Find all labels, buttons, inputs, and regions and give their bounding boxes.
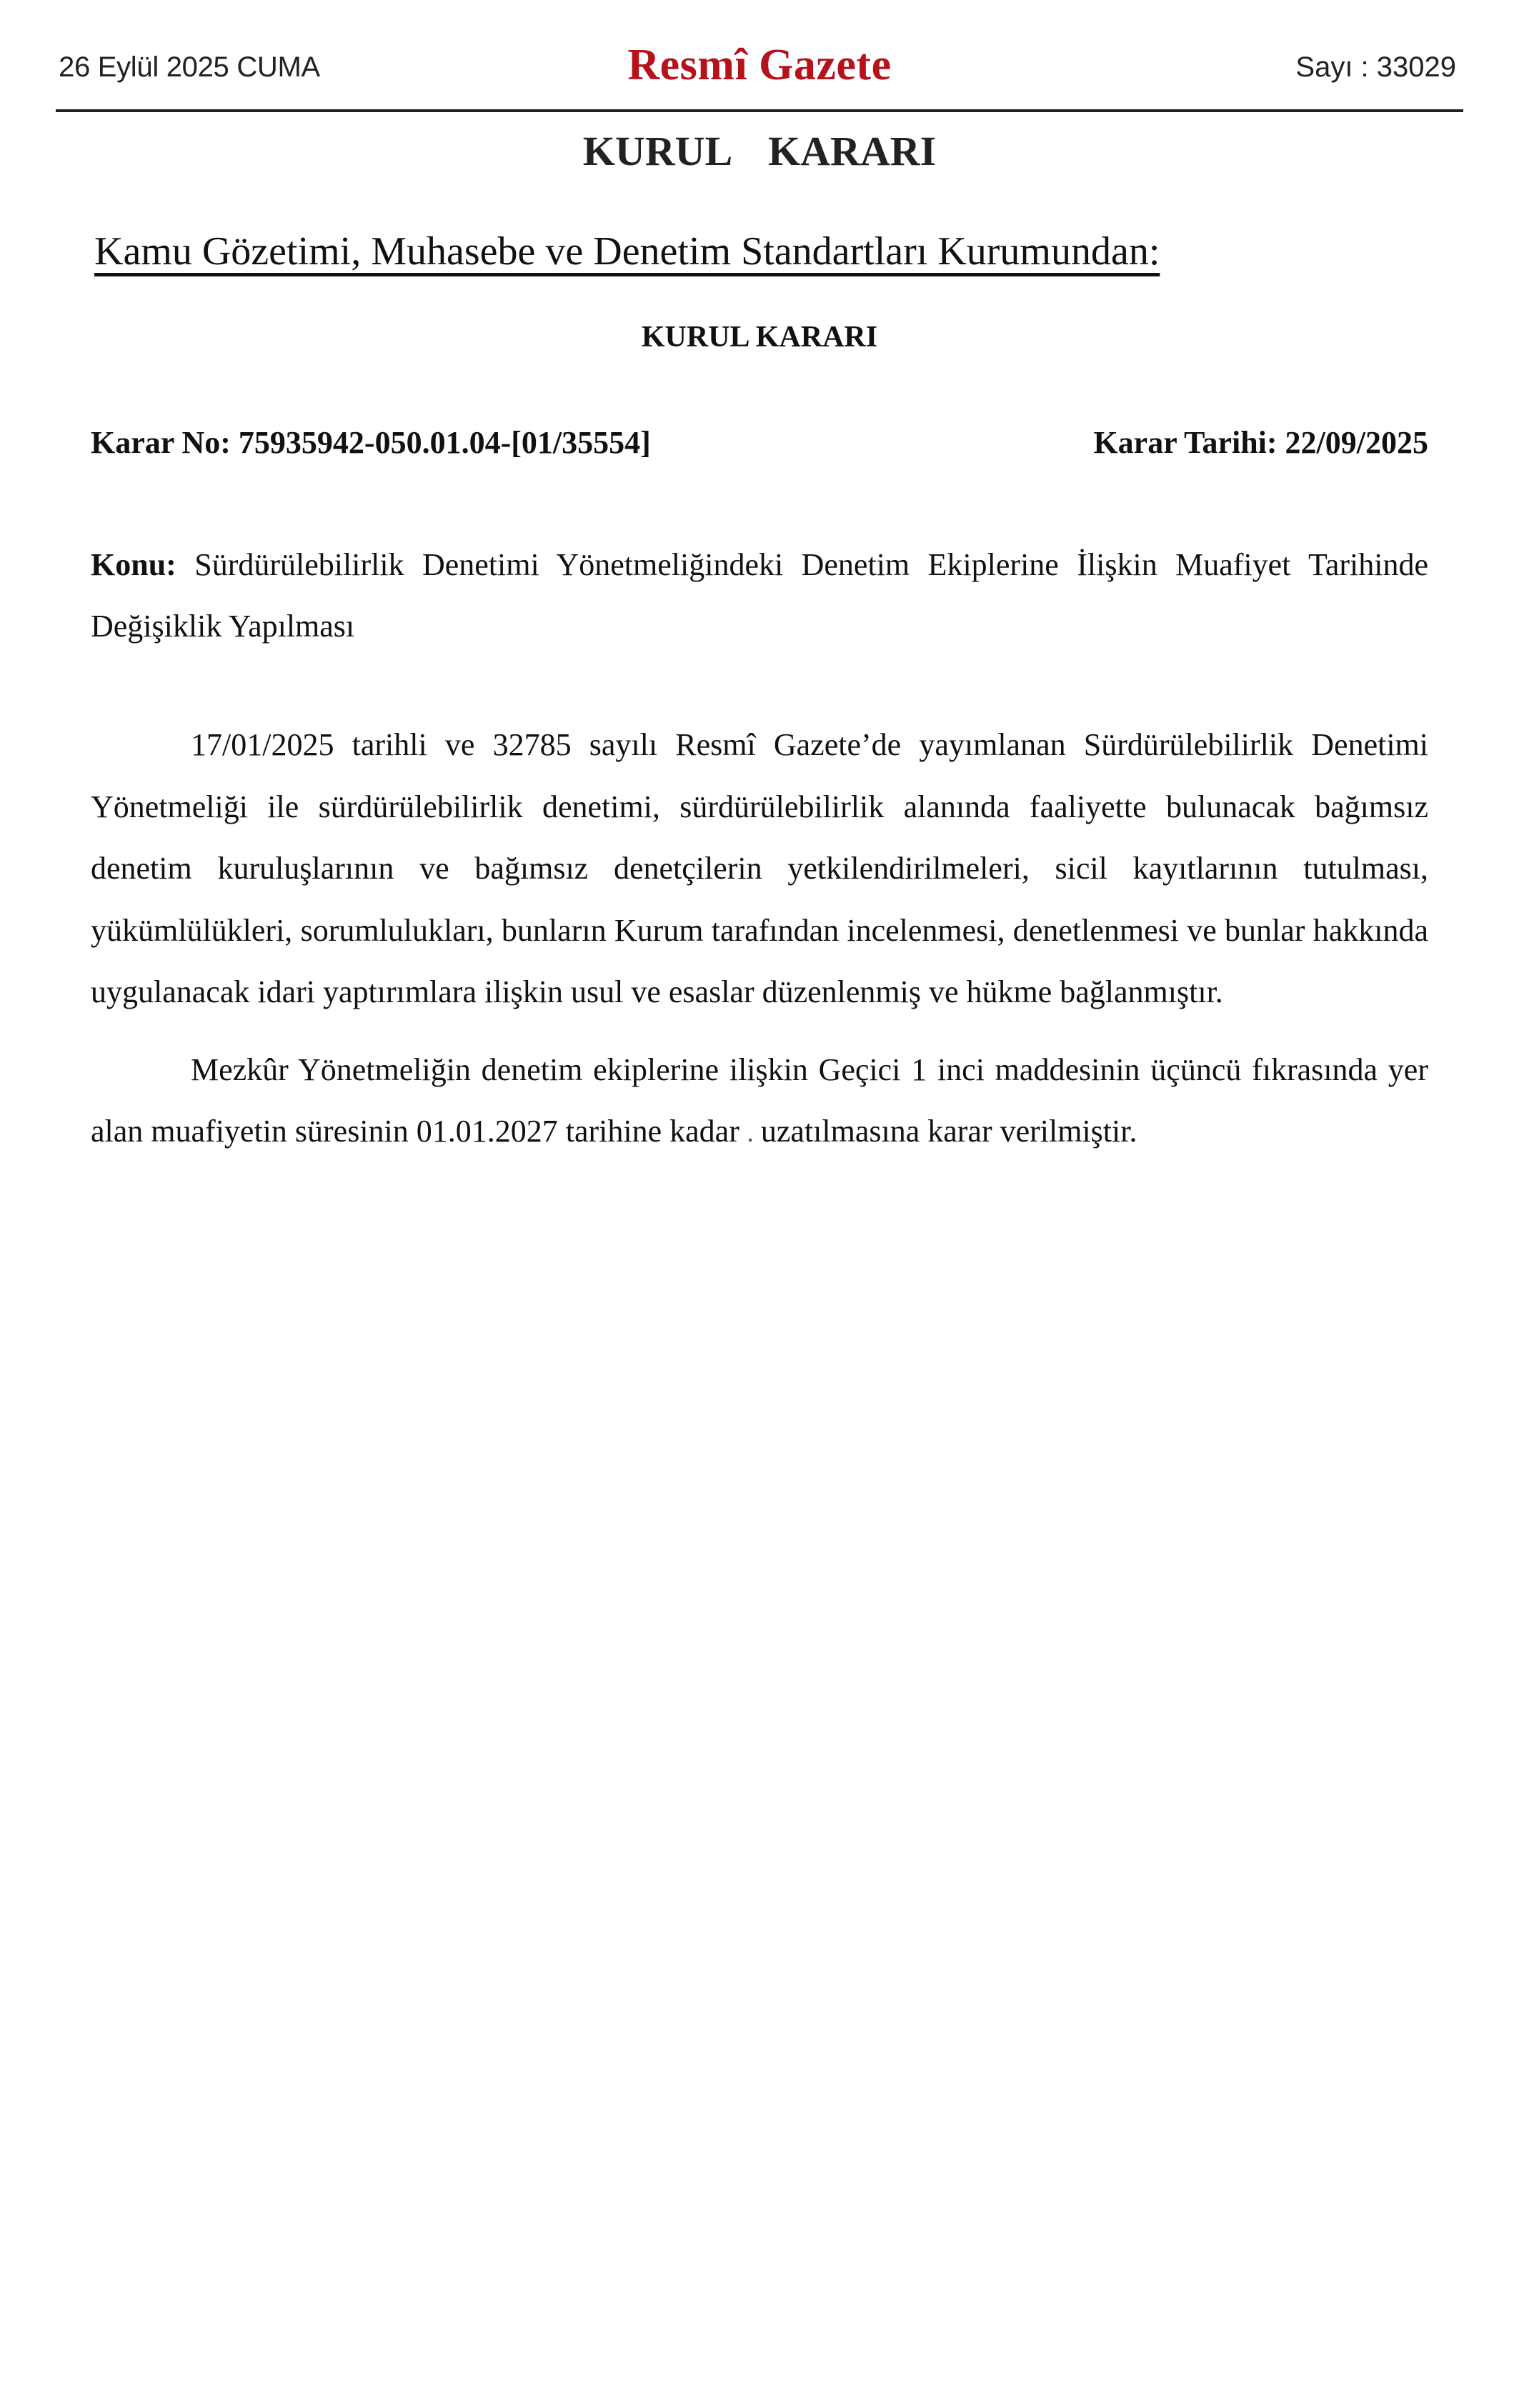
body-paragraph: Mezkûr Yönetmeliğin denetim ekiplerine i… [91, 1039, 1428, 1163]
body-paragraph-part: uzatılmasına karar verilmiştir. [761, 1114, 1137, 1149]
issue-number: Sayı : 33029 [1295, 51, 1456, 84]
main-heading: KURUL KARARI [0, 127, 1519, 175]
body-paragraph-part: Mezkûr Yönetmeliğin denetim ekiplerine i… [91, 1052, 1428, 1149]
gazette-title: Resmî Gazete [56, 40, 1463, 91]
gazette-header: 26 Eylül 2025 CUMA Resmî Gazete Sayı : 3… [56, 0, 1463, 112]
stray-mark [749, 1139, 752, 1141]
body-paragraph: 17/01/2025 tarihli ve 32785 sayılı Resmî… [91, 714, 1428, 1024]
subject-text: Sürdürülebilirlik Denetimi Yönetmeliğind… [91, 547, 1428, 644]
subject-label: Konu: [91, 547, 176, 582]
decision-heading: KURUL KARARI [0, 320, 1519, 354]
issuing-institution: Kamu Gözetimi, Muhasebe ve Denetim Stand… [94, 229, 1160, 274]
decision-date: Karar Tarihi: 22/09/2025 [1093, 424, 1428, 461]
subject: Konu: Sürdürülebilirlik Denetimi Yönetme… [91, 534, 1428, 657]
decision-body: 17/01/2025 tarihli ve 32785 sayılı Resmî… [91, 714, 1428, 1179]
decision-number: Karar No: 75935942-050.01.04-[01/35554] [91, 424, 651, 461]
decision-meta: Karar No: 75935942-050.01.04-[01/35554] … [91, 424, 1428, 461]
